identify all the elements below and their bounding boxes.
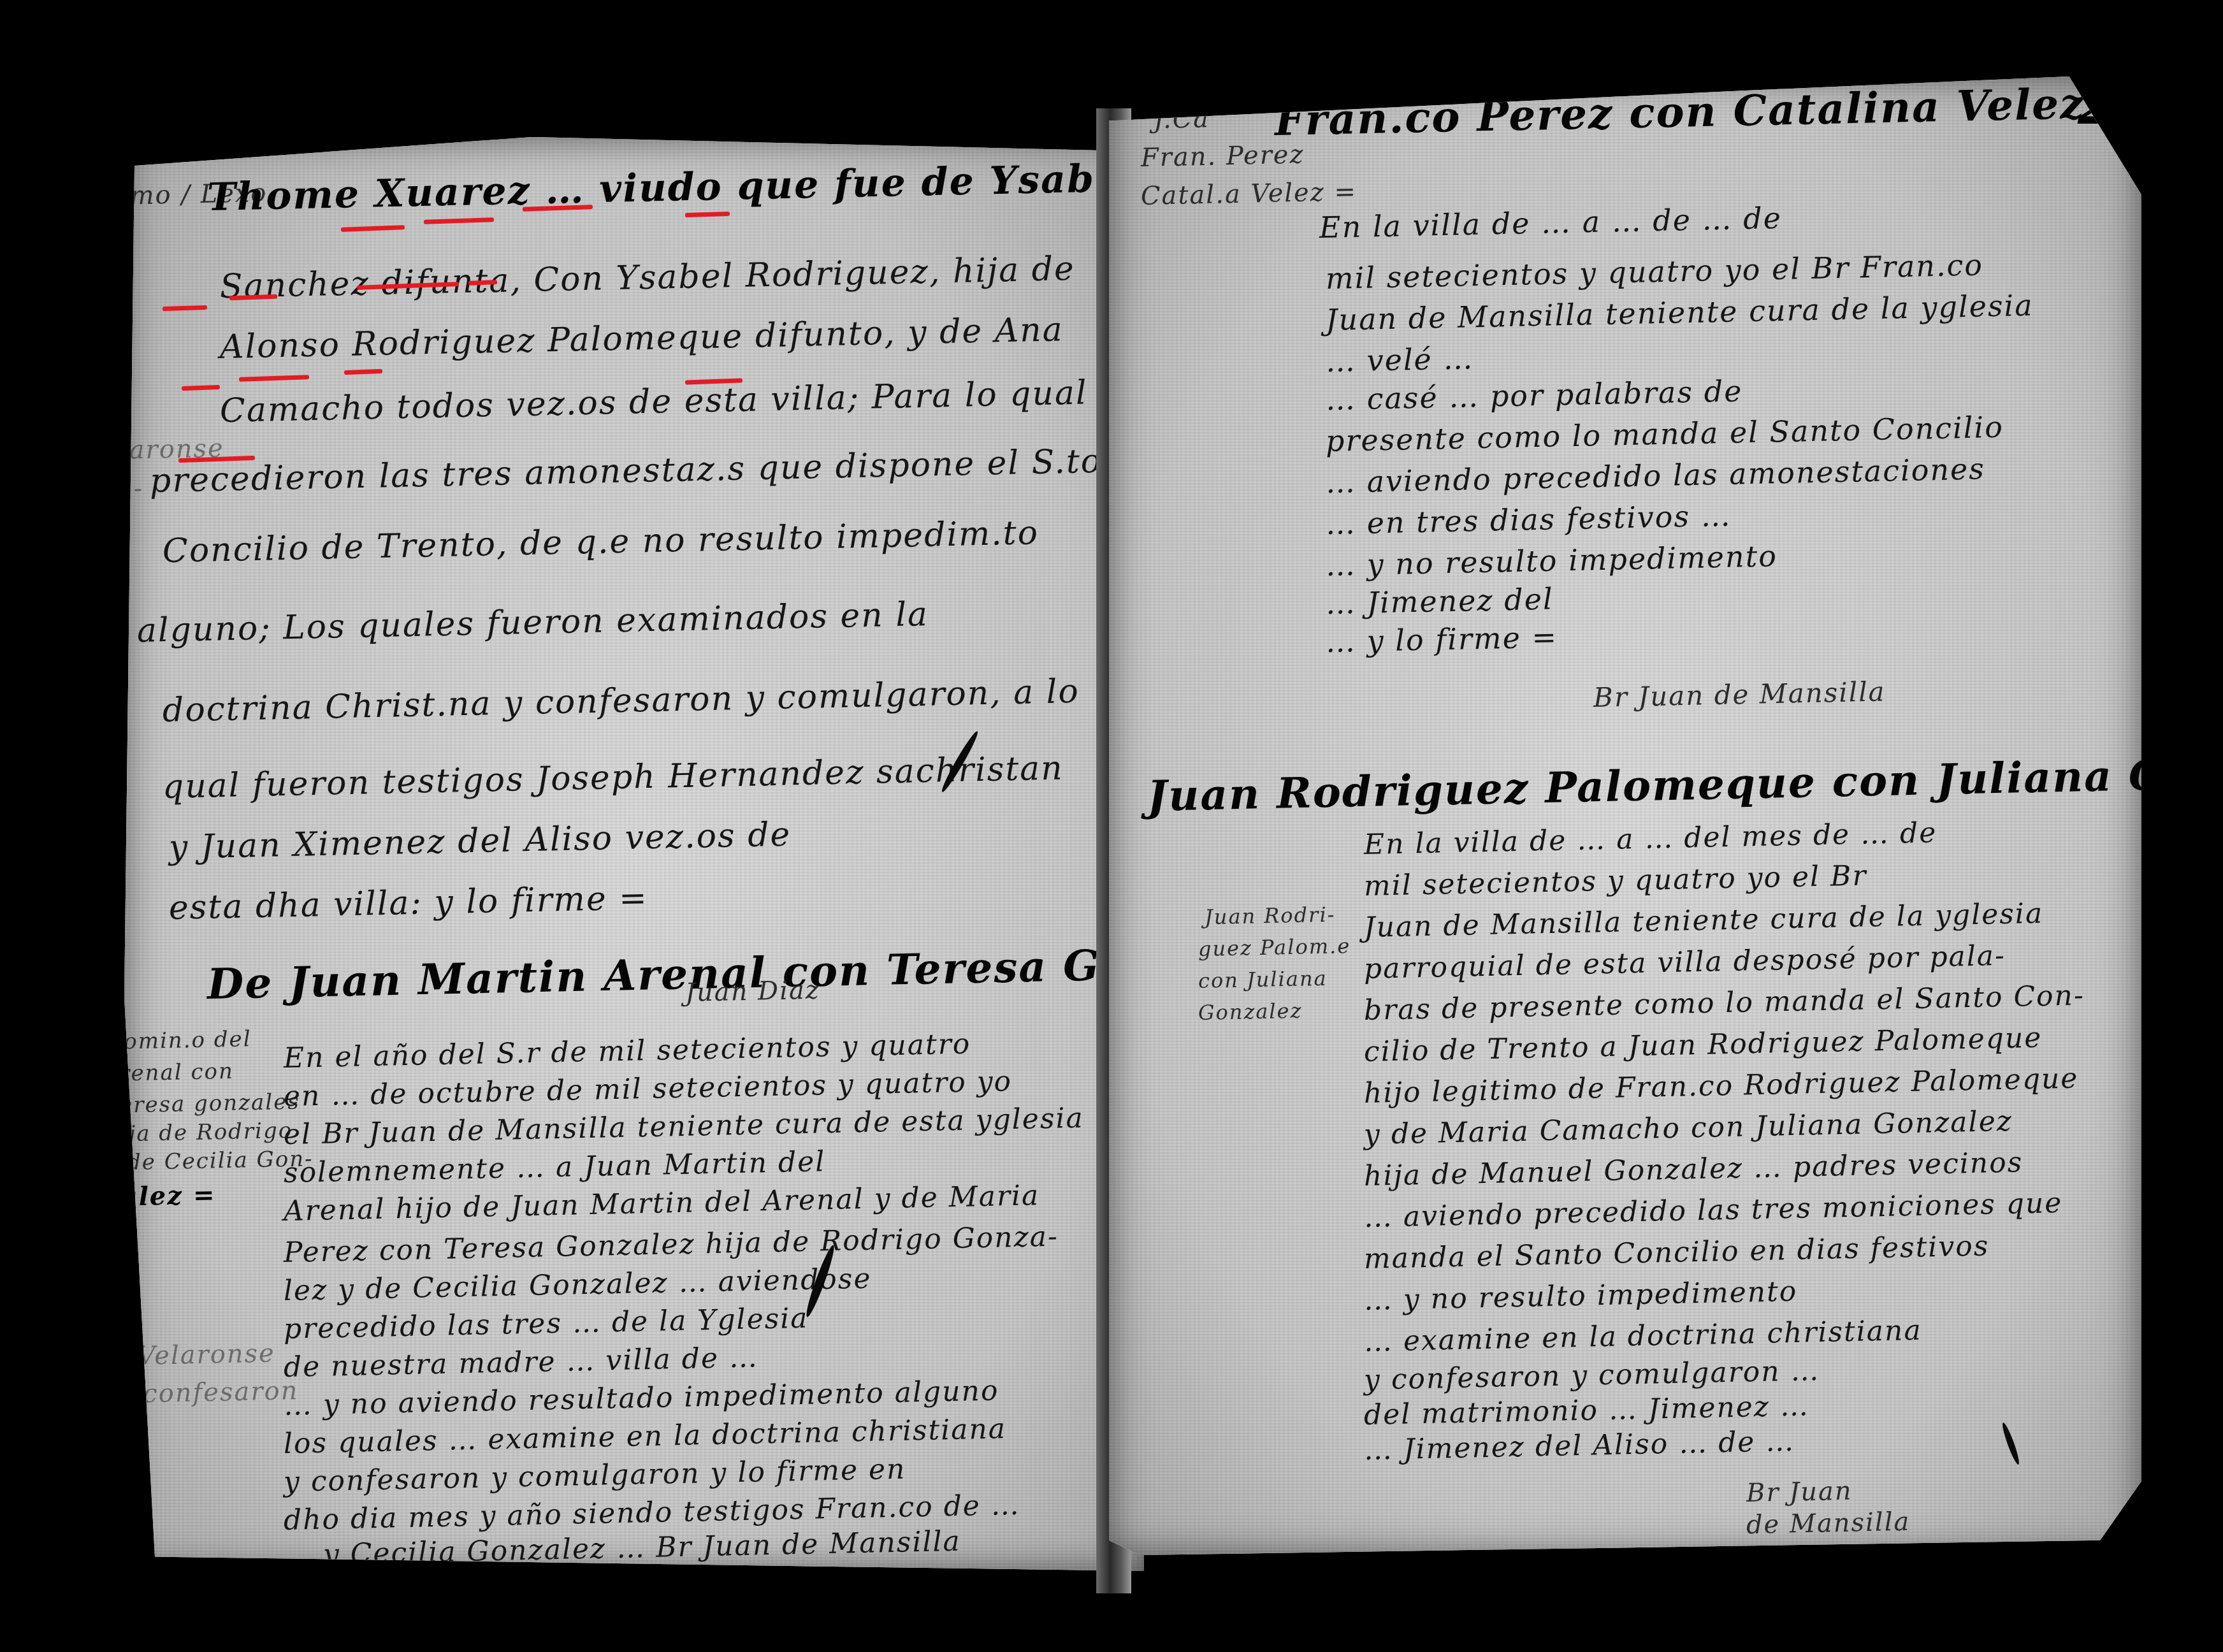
entry2-margin-5: y de Cecilia Gon- <box>105 1146 314 1176</box>
entry2-line-6: Perez con Teresa Gonzalez hija de Rodrig… <box>283 1221 1059 1269</box>
right-folio-number: 26 <box>2078 70 2157 138</box>
entry2-line-9: de nuestra madre … villa de … <box>283 1341 758 1384</box>
entry2-margin-6: zalez = <box>105 1180 216 1212</box>
right-page: 26 J.Ca Fran. Perez Catal.a Velez = Fran… <box>1109 76 2141 1555</box>
entry1-line-10: y Juan Ximenez del Aliso vez.os de <box>168 816 791 867</box>
r-entry2-signature-2: de Mansilla <box>1746 1507 1911 1540</box>
red-underline <box>182 385 220 391</box>
entry1-line-1: Thome Xuarez … viudo que fue de Ysabel <box>206 156 1136 220</box>
r-entry2-margin-4: Gonzalez <box>1198 999 1303 1025</box>
red-underline <box>685 212 730 217</box>
r-entry2-line-14: y confesaron y comulgaron … <box>1363 1354 1820 1396</box>
entry2-margin-velaronse: Velaronse <box>137 1338 276 1371</box>
left-page: 5 Tmo / Lexo Thome Xuarez … viudo que fu… <box>124 137 1144 1571</box>
entry1-line-6: Concilio de Trento, de q.e no resulto im… <box>162 514 1039 570</box>
entry2-margin-3: Teresa gonzales <box>105 1089 301 1119</box>
r-entry2-signature-1: Br Juan <box>1746 1477 1853 1508</box>
red-underline <box>341 225 405 231</box>
r-entry2-line-5: bras de presente como lo manda el Santo … <box>1363 979 2085 1027</box>
entry2-signature-top: Juan Diaz <box>685 976 821 1008</box>
entry2-line-4: solemnemente … a Juan Martin del <box>283 1145 825 1189</box>
entry2-line-12: y confesaron y comulgaron y lo firme en <box>283 1453 906 1498</box>
scanned-register-spread: 5 Tmo / Lexo Thome Xuarez … viudo que fu… <box>0 0 2223 1652</box>
r-entry1-line-2: mil setecientos y quatro yo el Br Fran.c… <box>1325 247 1983 296</box>
r-entry2-margin-3: con Juliana <box>1198 966 1328 993</box>
entry2-margin-confesaron: y confesaron <box>118 1376 299 1409</box>
r-entry2-line-9: hija de Manuel Gonzalez … padres vecinos <box>1363 1146 2023 1192</box>
entry1-line-2: Sanchez difunta, Con Ysabel Rodriguez, h… <box>219 250 1075 306</box>
entry1-line-5: precedieron las tres amonestaz.s que dis… <box>149 442 1102 500</box>
r-entry1-margin-1: J.Ca <box>1154 104 1210 134</box>
entry2-margin-4: hija de Rodrigo <box>105 1118 293 1147</box>
entry1-line-3: Alonso Rodriguez Palomeque difunto, y de… <box>219 310 1064 366</box>
red-underline <box>239 375 309 382</box>
entry1-line-11: esta dha villa: y lo firme = <box>168 879 648 927</box>
entry2-margin-1: Domin.o del <box>105 1026 252 1055</box>
r-entry2-margin-2: guez Palom.e <box>1198 934 1351 961</box>
r-entry2-heading: Juan Rodriguez Palomeque con Juliana Gon… <box>1147 748 2223 821</box>
r-entry1-line-6: presente como lo manda el Santo Concilio <box>1325 410 2004 458</box>
r-entry2-line-8: y de Maria Camacho con Juliana Gonzalez <box>1363 1105 2013 1151</box>
r-entry2-line-4: parroquial de esta villa desposé por pal… <box>1363 939 2006 985</box>
r-entry2-line-12: … y no resulto impedimento <box>1363 1275 1797 1317</box>
r-entry2-line-11: manda el Santo Concilio en dias festivos <box>1363 1229 1989 1275</box>
r-entry1-line-1: En la villa de … a … de … de <box>1319 201 1782 245</box>
red-underline <box>344 369 382 375</box>
r-entry2-line-13: … examine en la doctrina christiana <box>1363 1314 1922 1358</box>
r-entry1-line-9: … y no resulto impedimento <box>1325 539 1778 583</box>
r-entry1-margin-3: Catal.a Velez = <box>1141 177 1358 211</box>
r-entry2-line-6: cilio de Trento a Juan Rodriguez Palomeq… <box>1363 1022 2042 1068</box>
entry1-line-4: Camacho todos vez.os de esta villa; Para… <box>219 373 1139 430</box>
r-entry1-line-10: … Jimenez del <box>1325 582 1554 621</box>
r-entry1-line-11: … y lo firme = <box>1325 619 1558 659</box>
r-entry1-signature: Br Juan de Mansilla <box>1593 676 1886 713</box>
entry2-margin-2: arenal con <box>105 1059 235 1087</box>
entry1-line-8: doctrina Christ.na y confesaron y comulg… <box>162 672 1080 730</box>
r-entry1-heading: Fran.co Perez con Catalina Velez <box>1274 78 2085 145</box>
entry1-margin-mi: mi- <box>99 474 144 504</box>
red-underline <box>163 305 207 311</box>
r-entry2-line-1: En la villa de … a … del mes de … de <box>1363 816 1937 861</box>
entry1-line-7: alguno; Los quales fueron examinados en … <box>136 595 929 650</box>
r-entry2-margin-1: Juan Rodri- <box>1205 902 1336 929</box>
r-entry2-line-2: mil setecientos y quatro yo el Br <box>1363 859 1867 902</box>
r-entry1-line-3: Juan de Mansilla teniente cura de la ygl… <box>1325 288 2034 337</box>
r-entry1-line-7: … aviendo precedido las amonestaciones <box>1325 451 1985 500</box>
r-entry2-line-10: … aviendo precedido las tres moniciones … <box>1363 1187 2062 1234</box>
entry2-line-8: precedido las tres … de la Yglesia <box>283 1302 809 1345</box>
entry1-line-9: qual fueron testigos Joseph Hernandez sa… <box>162 749 1064 806</box>
r-entry2-line-16: … Jimenez del Aliso … de … <box>1363 1425 1795 1467</box>
entry2-line-7: lez y de Cecilia Gonzalez … aviendose <box>283 1263 871 1307</box>
r-entry2-line-7: hijo legitimo de Fran.co Rodriguez Palom… <box>1363 1062 2078 1110</box>
r-entry2-line-3: Juan de Mansilla teniente cura de la ygl… <box>1363 897 2043 944</box>
r-entry1-line-5: … casé … por palabras de <box>1325 373 1742 417</box>
r-entry1-line-8: … en tres dias festivos … <box>1325 498 1732 541</box>
left-folio-number: 5 <box>99 124 134 184</box>
r-entry1-line-4: … velé … <box>1325 341 1474 379</box>
r-entry2-line-15: del matrimonio … Jimenez … <box>1363 1389 1809 1431</box>
red-underline <box>424 217 494 224</box>
